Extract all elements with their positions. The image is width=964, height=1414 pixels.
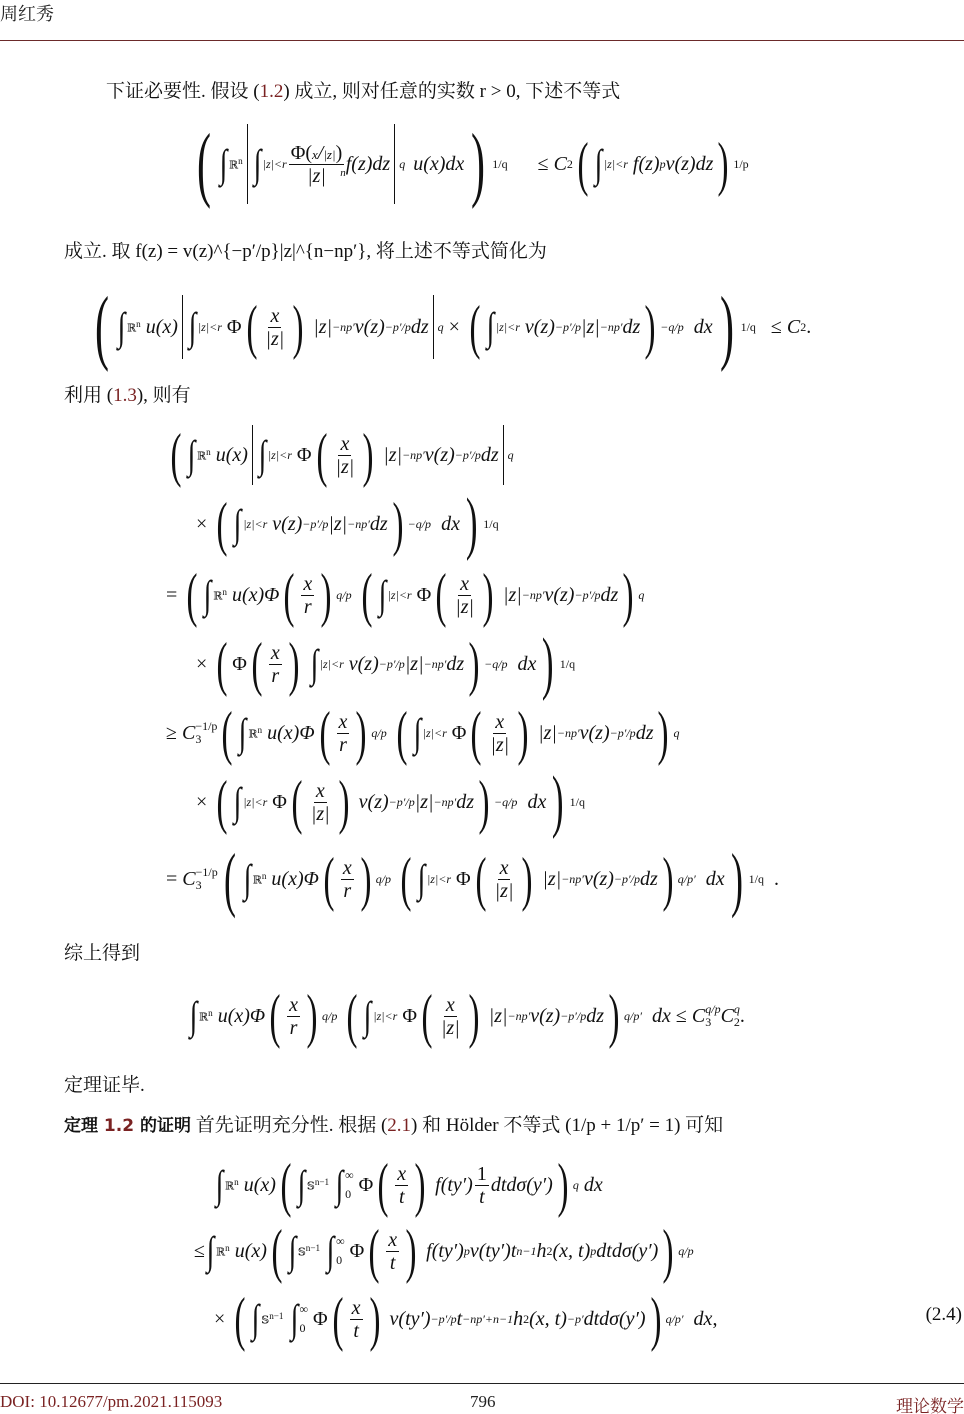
footer-journal-link[interactable]: 理论数学 — [896, 1392, 964, 1414]
equation-number: (2.4) — [926, 1304, 962, 1326]
text: f(z)dz — [346, 153, 390, 176]
paragraph-necessity: 下证必要性. 假设 (1.2) 成立, 则对任意的实数 r > 0, 下述不等式 — [106, 76, 620, 103]
equation-5-line-3: × (∫𝕊n−1 ∫∞0 Φ(xt) v(ty′)−p′/pt−np′+n−1h… — [214, 1284, 717, 1354]
equation-3-line-5: ≥ C−1/p3(∫ℝn u(x)Φ(xr)q/p (∫|z|<r Φ(x|z|… — [166, 700, 679, 766]
equation-3-line-4: × (Φ(xr) ∫|z|<r v(z)−p′/p|z|−np′dz)−q/p … — [196, 628, 575, 700]
text: u(x)dx — [413, 153, 464, 176]
integral: ∫ — [253, 144, 261, 184]
equation-3-line-2: × (∫|z|<r v(z)−p′/p|z|−np′dz)−q/p dx)1/q — [196, 488, 499, 560]
equation-ref-link[interactable]: 1.3 — [113, 385, 137, 406]
proof-heading: 定理 — [64, 1116, 104, 1136]
theorem-ref-link[interactable]: 1.2 — [104, 1116, 134, 1136]
text: ) 成立, 则对任意的实数 r > 0, 下述不等式 — [283, 81, 620, 102]
abs-bar — [247, 124, 248, 204]
paragraph-summary: 综上得到 — [64, 938, 140, 965]
paren: ) — [471, 122, 485, 206]
integral: ∫ — [220, 144, 228, 184]
running-header-author: 周红秀 — [0, 0, 54, 26]
equation-3-line-3: = (∫ℝn u(x)Φ(xr)q/p (∫|z|<r Φ(x|z|) |z|−… — [166, 562, 644, 628]
paragraph-proof-theorem-1-2: 定理 1.2 的证明 首先证明充分性. 根据 (2.1) 和 Hölder 不等… — [64, 1110, 723, 1137]
domain: |z|<r — [263, 157, 287, 172]
text: 下证必要性. 假设 ( — [106, 81, 260, 102]
equation-1: ( ∫ℝn ∫|z|<r Φ(x/|z|)|z|n f(z)dz q u(x)d… — [190, 118, 749, 210]
paren: ( — [197, 122, 211, 206]
equation-ref-link[interactable]: 1.2 — [260, 81, 284, 102]
abs-bar — [394, 124, 395, 204]
header-rule — [0, 40, 964, 41]
equation-3-line-7: = C−1/p3(∫ℝn u(x)Φ(xr)q/p (∫|z|<r Φ(x|z|… — [166, 840, 779, 918]
paragraph-using: 利用 (1.3), 则有 — [64, 380, 191, 407]
equation-3-line-6: × (∫|z|<r Φ(x|z|) v(z)−p′/p|z|−np′dz)−q/… — [196, 766, 585, 838]
paragraph-simplify: 成立. 取 f(z) = v(z)^{−p′/p}|z|^{n−np′}, 将上… — [64, 236, 547, 263]
fraction: Φ(x/|z|)|z| — [289, 142, 345, 187]
equation-3-line-1: (∫ℝn u(x)∫|z|<r Φ(x|z|) |z|−np′v(z)−p′/p… — [166, 422, 514, 488]
equation-4: ∫ℝn u(x)Φ(xr)q/p (∫|z|<r Φ(x|z|) |z|−np′… — [188, 980, 745, 1052]
footer-doi-link[interactable]: DOI: 10.12677/pm.2021.115093 — [0, 1392, 222, 1412]
footer-rule — [0, 1383, 964, 1384]
proof-heading: 的证明 — [134, 1116, 191, 1136]
equation-2: (∫ℝn u(x)∫|z|<r Φ(x|z|) |z|−np′v(z)−p′/p… — [88, 282, 811, 372]
equation-ref-link[interactable]: 2.1 — [387, 1115, 411, 1136]
equation-5-line-2: ≤∫ℝn u(x)(∫𝕊n−1 ∫∞0 Φ(xt) f(ty′)pv(ty′)t… — [194, 1218, 694, 1284]
footer-page-number: 796 — [470, 1392, 496, 1412]
equation-5-line-1: ∫ℝn u(x)(∫𝕊n−1 ∫∞0 Φ(xt) f(ty′)1tdtdσ(y′… — [214, 1152, 603, 1218]
paragraph-qed: 定理证毕. — [64, 1070, 145, 1097]
